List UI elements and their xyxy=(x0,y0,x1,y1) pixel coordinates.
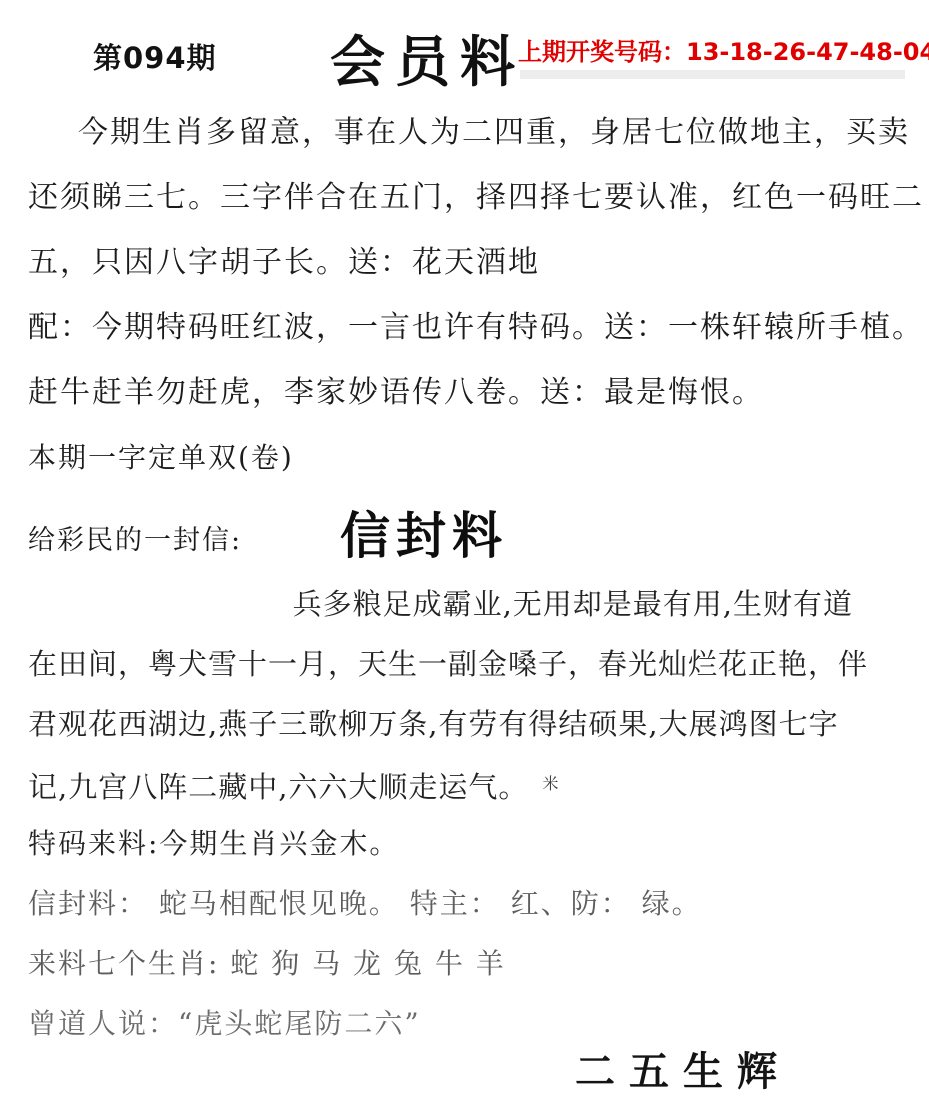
issue-number: 第094期 xyxy=(93,36,217,77)
lottery-tip-sheet-page: 第094期 会员料 上期开奖号码：13-18-26-47-48-04+40 今期… xyxy=(0,0,929,1115)
text-line: 还须睇三七。三字伴合在五门，择四择七要认准，红色一码旺二 xyxy=(28,165,901,230)
text-line: 兵多粮足成霸业,无用却是最有用,生财有道 xyxy=(28,574,901,634)
letter-body: 兵多粮足成霸业,无用却是最有用,生财有道 在田间，粤犬雪十一月，天生一副金嗓子，… xyxy=(0,574,929,1054)
footer-slogan: 二五生辉 xyxy=(0,1040,929,1097)
text-line: 记,九宫八阵二藏中,六六大顺走运气。米 xyxy=(28,754,901,814)
text-line: 五，只因八字胡子长。送：花天酒地 xyxy=(28,230,901,295)
letter-section-title: 信封料 xyxy=(340,496,508,568)
header: 第094期 会员料 上期开奖号码：13-18-26-47-48-04+40 xyxy=(0,0,929,100)
text-line-content: 记,九宫八阵二藏中,六六大顺走运气。 xyxy=(28,770,528,804)
zodiac-note: 来料七个生肖: 蛇 狗 马 龙 兔 牛 羊 xyxy=(28,934,901,994)
letter-section-header: 给彩民的一封信: 信封料 xyxy=(0,496,929,574)
envelope-note: 信封料： 蛇马相配恨见晚。 特主： 红、防： 绿。 xyxy=(28,874,901,934)
text-line: 今期生肖多留意，事在人为二四重，身居七位做地主，买卖 xyxy=(28,100,901,165)
text-line: 配：今期特码旺红波，一言也许有特码。送：一株轩辕所手植。 xyxy=(28,295,901,360)
text-line: 赶牛赶羊勿赶虎，李家妙语传八卷。送：最是悔恨。 xyxy=(28,360,901,425)
member-material-section: 今期生肖多留意，事在人为二四重，身居七位做地主，买卖 还须睇三七。三字伴合在五门… xyxy=(0,100,929,490)
text-line: 君观花西湖边,燕子三歌柳万条,有劳有得结硕果,大展鸿图七字 xyxy=(28,694,901,754)
scan-artifact-strip xyxy=(520,70,905,79)
special-code-note: 特码来料:今期生肖兴金木。 xyxy=(28,814,901,874)
previous-draw-numbers: 上期开奖号码：13-18-26-47-48-04+40 xyxy=(518,32,929,67)
page-title: 会员料 xyxy=(330,18,525,97)
text-line: 在田间，粤犬雪十一月，天生一副金嗓子，春光灿烂花正艳，伴 xyxy=(28,634,901,694)
letter-intro-label: 给彩民的一封信: xyxy=(28,518,242,557)
text-line: 本期一字定单双(卷) xyxy=(28,425,901,490)
small-rice-mark: 米 xyxy=(542,774,559,793)
